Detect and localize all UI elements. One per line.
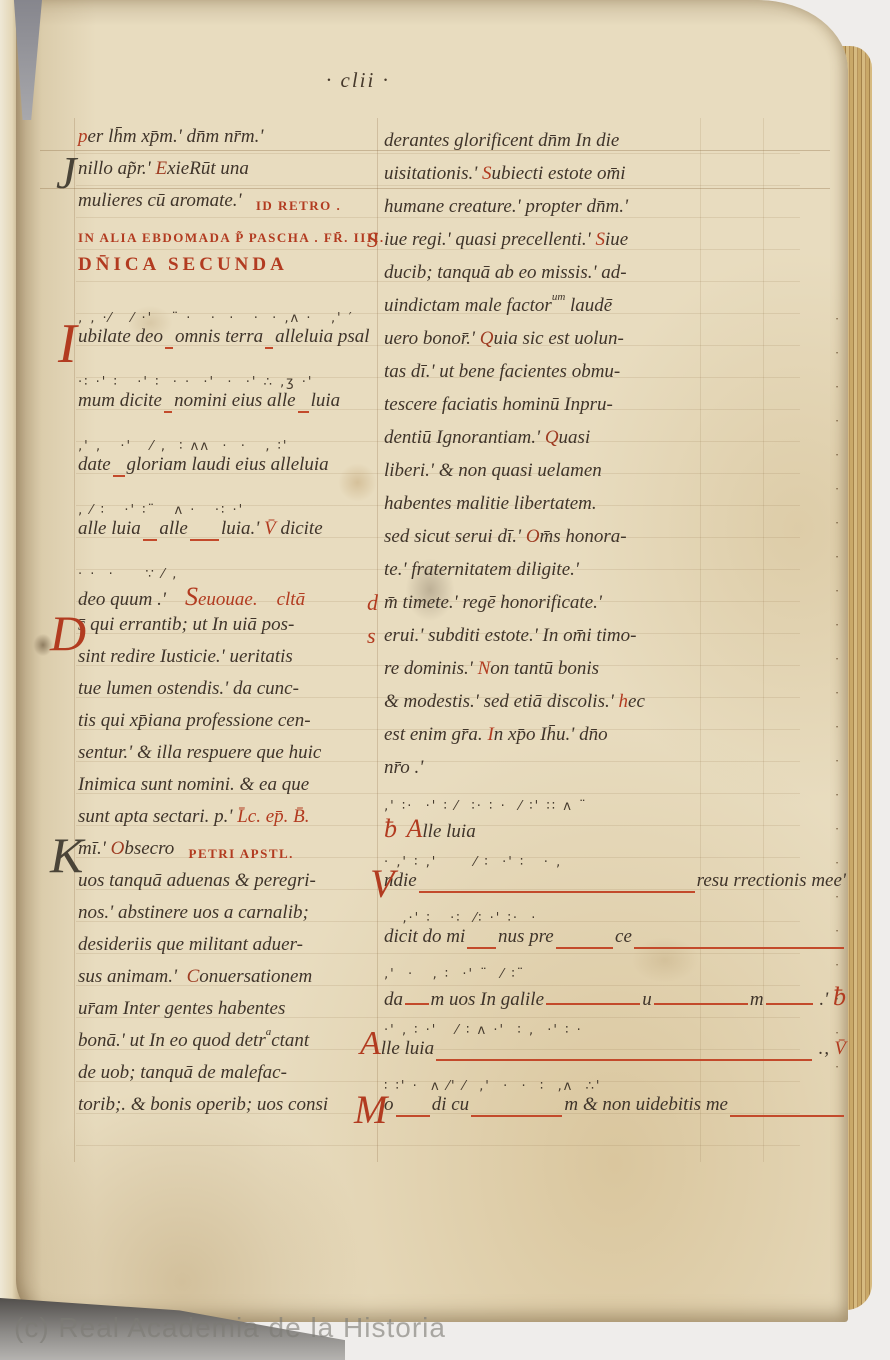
folio-number: · clii · <box>326 68 390 93</box>
text-span: nr̄o .' <box>384 757 423 779</box>
left-column-row-28: ur̄am Inter gentes habentes <box>78 998 376 1030</box>
red-extender-line <box>265 345 273 349</box>
red-extender-line <box>405 1001 429 1005</box>
text-span: ∶ ∶' · ʌ ⁄' ⁄ ‚' · · ∶ ‚ʌ ∴' <box>384 1079 602 1094</box>
left-column-row-10: ‚' ‚ ·' ⁄ ‚ ∶ ʌʌ · · ‚ ∶' <box>78 422 376 454</box>
red-extender-line <box>190 537 219 541</box>
left-column-row-8: ·∶ ·' ∶ ·' ∶ · · ·' · ·' ∴ ‚ʒ ·' <box>78 358 376 390</box>
left-column-row-14: · · · ∵ ⁄ ‚ <box>78 550 376 582</box>
pricking-marks: · · · · · · · · · · · · · · · · · · · · … <box>832 302 842 1084</box>
red-extender-line <box>436 1057 812 1061</box>
left-column-row-29: bonā.' ut In eo quod detractant <box>78 1030 376 1062</box>
rubric-text: Q <box>545 427 559 449</box>
text-span: m & non uidebitis me <box>564 1094 728 1116</box>
rubric-text: S <box>482 163 492 185</box>
red-extender-line <box>165 345 173 349</box>
rubric-text: S <box>185 582 198 612</box>
right-column-row-6: uindictam male factorum laudē <box>384 295 846 328</box>
text-span: nillo ap̃r.' <box>78 158 155 180</box>
left-column-row-18: tue lumen ostendis.' da cunc- <box>78 678 376 710</box>
text-span: ec <box>628 691 645 713</box>
right-column-row-28: dam uos In galileum .' ƀ <box>384 982 846 1014</box>
text-span: lle luia <box>422 821 475 843</box>
text-span: humane creature.' propter dn̄m.' <box>384 196 628 218</box>
right-column-row-13: sed sicut serui dī.' Om̄s honora- <box>384 526 846 559</box>
text-span: uindictam male factor <box>384 295 552 317</box>
text-span: iue <box>605 229 628 251</box>
left-column-row-25: nos.' abstinere uos a carnalib; <box>78 902 376 934</box>
left-column: per lh̄m xp̄m.' dn̄m nr̄m.'Jnillo ap̃r.'… <box>78 126 376 1126</box>
initial-S: S <box>367 229 378 251</box>
right-column-row-29: ·' ‚ ∶ ·' ⁄ ∶ ʌ ·' ∶ ‚ ·' ∶ · <box>384 1014 846 1038</box>
rubric-text: O <box>111 838 125 860</box>
text-span: um <box>552 291 565 303</box>
left-column-row-27: sus animam.' Conuersationem <box>78 966 376 998</box>
rubric-text: C <box>187 966 200 988</box>
text-span: sunt apta sectari. p.' <box>78 806 237 828</box>
rubric-text: IN ALIA EBDOMADA P̃ PASCHA . FR̄. IIII. <box>78 230 385 246</box>
text-span: tue lumen ostendis.' da cunc- <box>78 678 299 700</box>
right-column-row-26: dicit do minus prece <box>384 926 846 958</box>
right-column-row-32: Modi cum & non uidebitis me <box>384 1094 846 1126</box>
red-extender-line <box>634 945 844 949</box>
text-span: tas dī.' ut bene facientes obmu- <box>384 361 620 383</box>
text-span: er lh̄m xp̄m.' dn̄m nr̄m.' <box>88 126 264 148</box>
rubric-text: cltā <box>277 589 306 611</box>
text-span: omnis terra <box>175 326 263 348</box>
red-extender-line <box>546 1001 640 1005</box>
text-span: uasi <box>559 427 591 449</box>
left-column-row-20: sentur.' & illa respuere que huic <box>78 742 376 774</box>
rubric-text: ID RETRO . <box>256 198 341 214</box>
right-column-row-10: dentiū Ignorantiam.' Quasi <box>384 427 846 460</box>
left-column-row-6: ‚ ‚ ·⁄ ⁄ ·' ¨ · · · · · ‚ʌ · ‚' ′ <box>78 294 376 326</box>
text-span: alleluia psal <box>275 326 369 348</box>
text-span: n xp̄o Ih̄u.' dn̄o <box>494 724 608 746</box>
text-span: ‚' ∶· ·' ∶ ⁄ ∶· ∶ · ⁄ ∶' ∶∶ ʌ ¨ <box>384 799 588 814</box>
rubric-text: h <box>619 691 629 713</box>
red-extender-line <box>113 473 125 477</box>
text-span: s̄ qui errantib; ut In uiā pos- <box>78 614 294 636</box>
rubric-text: E <box>155 158 167 180</box>
left-column-row-24: uos tanquā aduenas & peregri- <box>78 870 376 902</box>
text-span: deo quum .' <box>78 589 185 611</box>
text-span: onuersationem <box>199 966 312 988</box>
text-span: ducib; tanquā ab eo missis.' ad- <box>384 262 627 284</box>
text-span: m uos In galile <box>431 989 544 1011</box>
left-column-row-13: alle luiaalleluia.' V̄ dicite <box>78 518 376 550</box>
right-column-row-18: & modestis.' sed etiā discolis.' hec <box>384 691 846 724</box>
right-column-row-23: · ‚' ∶ ‚' ⁄ ∶ ·' ∶ · ‚ <box>384 846 846 870</box>
text-span: derantes glorificent dn̄m In die <box>384 130 619 152</box>
text-span: uos tanquā aduenas & peregri- <box>78 870 316 892</box>
left-column-row-12: ‚ ⁄ ∶ ·' ∶¨ ʌ · ·∶ ·' <box>78 486 376 518</box>
text-span: tescere faciatis hominū Inpru- <box>384 394 613 416</box>
left-column-row-11: dategloriam laudi eius alleluia <box>78 454 376 486</box>
left-column-row-15: deo quum .' Seuouae. cltā <box>78 582 376 614</box>
left-column-row-31: torib;. & bonis operib; uos consi <box>78 1094 376 1126</box>
text-span: date <box>78 454 111 476</box>
text-span: tis qui xp̄iana professione cen- <box>78 710 311 732</box>
text-span: habentes malitie libertatem. <box>384 493 597 515</box>
text-span: torib;. & bonis operib; uos consi <box>78 1094 328 1116</box>
text-span: di cu <box>432 1094 469 1116</box>
text-span: ‚' · ‚ ∶ ·' ¨ ⁄ ∶¨ <box>384 967 525 982</box>
text-span: dicite <box>276 518 323 540</box>
text-span: luia.' <box>221 518 264 540</box>
text-span: de uob; tanquā de malefac- <box>78 1062 287 1084</box>
initial-s: s <box>367 625 376 647</box>
ruling-vertical <box>377 118 378 1162</box>
red-extender-line <box>654 1001 748 1005</box>
left-column-row-30: de uob; tanquā de malefac- <box>78 1062 376 1094</box>
text-span: sed sicut serui dī.' <box>384 526 526 548</box>
right-column-row-3: humane creature.' propter dn̄m.' <box>384 196 846 229</box>
left-column-row-16: Ds̄ qui errantib; ut In uiā pos- <box>78 614 376 646</box>
text-span: da <box>384 989 403 1011</box>
left-column-row-17: sint redire Iusticie.' ueritatis <box>78 646 376 678</box>
text-span: nos.' abstinere uos a carnalib; <box>78 902 309 924</box>
left-column-row-7: Iubilate deoomnis terraalleluia psal <box>78 326 376 358</box>
rubric-text: L̄c. ep̄. B̄. <box>237 806 309 828</box>
text-span: alle <box>159 518 188 540</box>
text-span <box>397 821 407 843</box>
left-column-row-19: tis qui xp̄iana professione cen- <box>78 710 376 742</box>
right-column-row-24: Vndieresu rrectionis mee' <box>384 870 846 902</box>
left-column-row-9: mum dicitenomini eius alleluia <box>78 390 376 422</box>
text-span: liberi.' & non quasi uelamen <box>384 460 602 482</box>
right-column-row-20: nr̄o .' <box>384 757 846 790</box>
text-span: resu rrectionis mee <box>697 870 842 892</box>
text-span: xieRūt una <box>167 158 249 180</box>
right-column-row-16: serui.' subditi estote.' In om̄i timo- <box>384 625 846 658</box>
red-extender-line <box>766 1001 813 1005</box>
rubric-text: DN̄ICA SECUNDA <box>78 254 288 276</box>
right-column-row-11: liberi.' & non quasi uelamen <box>384 460 846 493</box>
text-span <box>258 589 277 611</box>
text-span: & modestis.' sed etiā discolis.' <box>384 691 619 713</box>
red-extender-line <box>143 537 158 541</box>
text-span: alle luia <box>78 518 141 540</box>
text-span: ubilate deo <box>78 326 163 348</box>
text-span: est enim gr̄a. <box>384 724 487 746</box>
text-span: u <box>642 989 652 1011</box>
left-column-row-21: Inimica sunt nomini. & ea que <box>78 774 376 806</box>
text-span: Inimica sunt nomini. & ea que <box>78 774 309 796</box>
text-span: re dominis.' <box>384 658 478 680</box>
text-span: laudē <box>565 295 612 317</box>
rubric-text: N <box>478 658 491 680</box>
initial-V: V <box>370 864 394 904</box>
rubric-text: PETRI APSTL. <box>189 846 294 862</box>
text-span: ·∶ ·' ∶ ·' ∶ · · ·' · ·' ∴ ‚ʒ ·' <box>78 375 314 390</box>
text-span: sint redire Iusticie.' ueritatis <box>78 646 293 668</box>
text-span: desideriis que militant aduer- <box>78 934 303 956</box>
right-column-row-30: Alle luia .‚ V̄ <box>384 1038 846 1070</box>
initial-d: d <box>367 592 378 614</box>
text-span: ‚ ⁄ ∶ ·' ∶¨ ʌ · ·∶ ·' <box>78 503 244 518</box>
text-span: lle luia <box>381 1038 434 1060</box>
left-column-row-1: per lh̄m xp̄m.' dn̄m nr̄m.' <box>78 126 376 158</box>
right-column-row-21: ‚' ∶· ·' ∶ ⁄ ∶· ∶ · ⁄ ∶' ∶∶ ʌ ¨ <box>384 790 846 814</box>
left-column-row-4: IN ALIA EBDOMADA P̃ PASCHA . FR̄. IIII. <box>78 222 376 254</box>
right-column-row-4: Siue regi.' quasi precellenti.' Siue <box>384 229 846 262</box>
watermark: (c) Real Academia de la Historia <box>14 1312 446 1344</box>
text-span: bsecro <box>124 838 188 860</box>
manuscript-photo: · clii · per lh̄m xp̄m.' dn̄m nr̄m.'Jnil… <box>0 0 890 1360</box>
text-span: m̄ timete.' regē honorificate.' <box>384 592 602 614</box>
text-span: on tantū bonis <box>490 658 599 680</box>
text-span: ‚ ‚ ·⁄ ⁄ ·' ¨ · · · · · ‚ʌ · ‚' ′ <box>78 311 354 326</box>
text-span: uia sic est uolun- <box>493 328 623 350</box>
text-span: ' <box>842 870 846 892</box>
text-span: · · · ∵ ⁄ ‚ <box>78 567 178 582</box>
rubric-text: O <box>526 526 540 548</box>
text-span: uero bonor̄.' <box>384 328 480 350</box>
text-span: ctant <box>271 1030 309 1052</box>
text-span: sus animam.' <box>78 966 187 988</box>
right-column-row-25: ‚·' ∶ ·∶ ⁄∶ ·' ∶· · <box>384 902 846 926</box>
initial-J: J <box>56 150 76 196</box>
red-extender-line <box>471 1113 562 1117</box>
right-column-row-9: tescere faciatis hominū Inpru- <box>384 394 846 427</box>
initial-M: M <box>354 1090 387 1130</box>
text-span: ubiecti estote om̄i <box>492 163 626 185</box>
rubric-text: Q <box>480 328 494 350</box>
text-span: mum dicite <box>78 390 162 412</box>
red-extender-line <box>298 409 309 413</box>
text-span: m̄s honora- <box>540 526 627 548</box>
left-column-row-23: Kmī.' Obsecro PETRI APSTL. <box>78 838 376 870</box>
text-span: mulieres cū aromate.' <box>78 190 256 212</box>
text-span: nomini eius alle <box>174 390 295 412</box>
right-column-row-8: tas dī.' ut bene facientes obmu- <box>384 361 846 394</box>
initial-I: I <box>58 316 77 372</box>
right-column: derantes glorificent dn̄m In dieuisitati… <box>384 130 846 1126</box>
rubric-text: p <box>78 126 88 148</box>
red-extender-line <box>556 945 613 949</box>
text-span: bonā.' ut In eo quod detr <box>78 1030 266 1052</box>
red-extender-line <box>164 409 172 413</box>
right-column-row-1: derantes glorificent dn̄m In die <box>384 130 846 163</box>
left-column-row-5: DN̄ICA SECUNDA <box>78 254 376 294</box>
text-span: .' <box>815 989 833 1011</box>
right-column-row-14: te.' fraternitatem diligite.' <box>384 559 846 592</box>
text-span: dentiū Ignorantiam.' <box>384 427 545 449</box>
text-span: iue regi.' quasi precellenti.' <box>384 229 595 251</box>
text-span: dicit do mi <box>384 926 465 948</box>
left-column-row-2: Jnillo ap̃r.' ExieRūt una <box>78 158 376 190</box>
text-span: ‚·' ∶ ·∶ ⁄∶ ·' ∶· · <box>384 911 537 926</box>
text-span: uisitationis.' <box>384 163 482 185</box>
right-column-row-5: ducib; tanquā ab eo missis.' ad- <box>384 262 846 295</box>
text-span: ‚' ‚ ·' ⁄ ‚ ∶ ʌʌ · · ‚ ∶' <box>78 439 289 454</box>
text-span: ur̄am Inter gentes habentes <box>78 998 285 1020</box>
right-column-row-7: uero bonor̄.' Quia sic est uolun- <box>384 328 846 361</box>
rubric-text: S <box>595 229 605 251</box>
text-span: erui.' subditi estote.' In om̄i timo- <box>384 625 636 647</box>
rubric-text: V̄ <box>264 518 276 540</box>
text-span: m <box>750 989 764 1011</box>
right-column-row-22: ƀ Alle luia <box>384 814 846 846</box>
right-column-row-12: habentes malitie libertatem. <box>384 493 846 526</box>
right-column-row-15: dm̄ timete.' regē honorificate.' <box>384 592 846 625</box>
left-column-row-22: sunt apta sectari. p.' L̄c. ep̄. B̄. <box>78 806 376 838</box>
rubric-text: ƀ <box>384 814 397 844</box>
red-extender-line <box>419 889 695 893</box>
right-column-row-17: re dominis.' Non tantū bonis <box>384 658 846 691</box>
text-span: nus pre <box>498 926 554 948</box>
text-span: sentur.' & illa respuere que huic <box>78 742 321 764</box>
red-extender-line <box>467 945 496 949</box>
text-span: ce <box>615 926 632 948</box>
right-column-row-27: ‚' · ‚ ∶ ·' ¨ ⁄ ∶¨ <box>384 958 846 982</box>
text-span: luia <box>311 390 341 412</box>
text-span: gloriam laudi eius alleluia <box>127 454 329 476</box>
right-column-row-2: uisitationis.' Subiecti estote om̄i <box>384 163 846 196</box>
right-column-row-31: ∶ ∶' · ʌ ⁄' ⁄ ‚' · · ∶ ‚ʌ ∴' <box>384 1070 846 1094</box>
text-span: · ‚' ∶ ‚' ⁄ ∶ ·' ∶ · ‚ <box>384 855 562 870</box>
red-extender-line <box>730 1113 844 1117</box>
rubric-text: A <box>407 814 423 844</box>
left-column-row-3: mulieres cū aromate.' ID RETRO . <box>78 190 376 222</box>
rubric-text: euouae. <box>198 589 258 611</box>
left-column-row-26: desideriis que militant aduer- <box>78 934 376 966</box>
text-span: ·' ‚ ∶ ·' ⁄ ∶ ʌ ·' ∶ ‚ ·' ∶ · <box>384 1023 583 1038</box>
right-column-row-19: est enim gr̄a. In xp̄o Ih̄u.' dn̄o <box>384 724 846 757</box>
text-span: te.' fraternitatem diligite.' <box>384 559 579 581</box>
red-extender-line <box>396 1113 430 1117</box>
